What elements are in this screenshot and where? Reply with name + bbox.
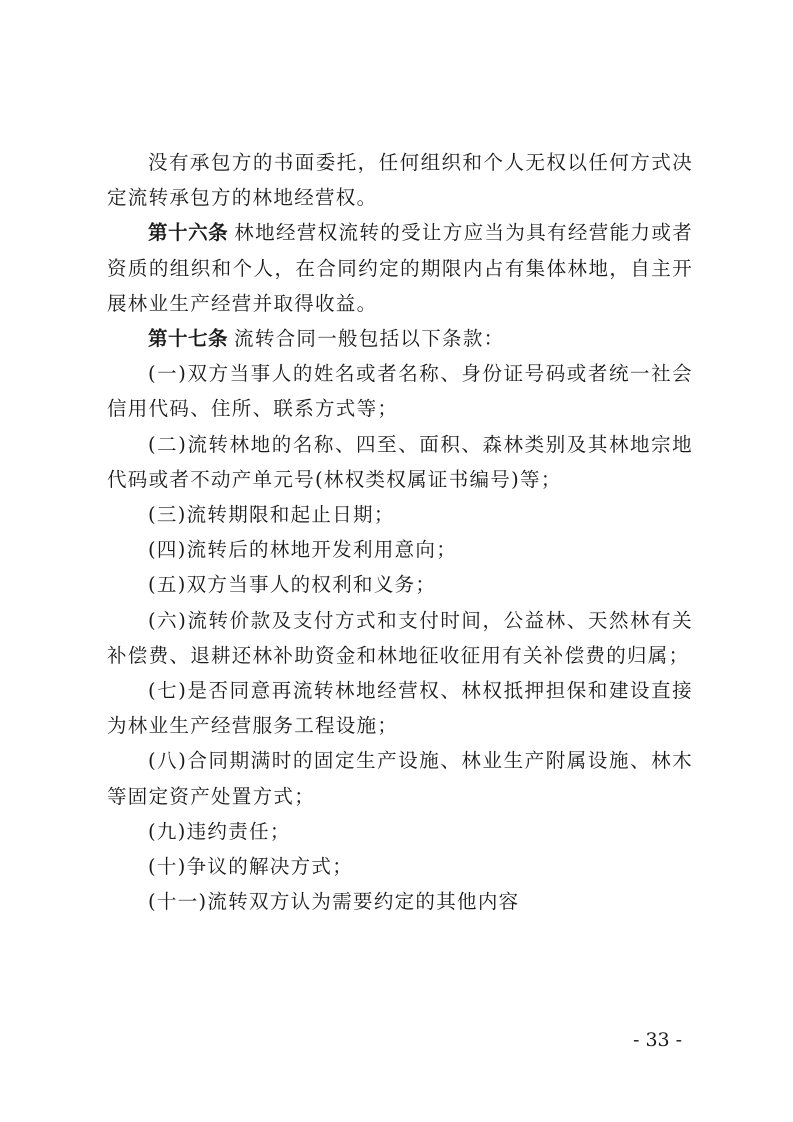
paragraph-continuation: 没有承包方的书面委托，任何组织和个人无权以任何方式决定流转承包方的林地经营权。 [107, 145, 693, 215]
article-16: 第十六条林地经营权流转的受让方应当为具有经营能力或者资质的组织和个人，在合同约定… [107, 215, 693, 321]
clause-text: (六)流转价款及支付方式和支付时间，公益林、天然林有关补偿费、退耕还林补助资金和… [107, 609, 693, 667]
clause-item-5: (五)双方当事人的权利和义务； [107, 567, 693, 602]
page-number: - 33 - [633, 1029, 682, 1051]
article-heading: 第十六条 [148, 221, 228, 244]
clause-text: (九)违约责任； [148, 820, 291, 843]
clause-item-2: (二)流转林地的名称、四至、面积、森林类别及其林地宗地代码或者不动产单元号(林权… [107, 427, 693, 497]
clause-text: (十)争议的解决方式； [148, 855, 353, 878]
clause-text: (四)流转后的林地开发利用意向； [148, 538, 457, 561]
paragraph-text: 没有承包方的书面委托，任何组织和个人无权以任何方式决定流转承包方的林地经营权。 [107, 151, 693, 209]
clause-text: (五)双方当事人的权利和义务； [148, 573, 436, 596]
clause-text: (二)流转林地的名称、四至、面积、森林类别及其林地宗地代码或者不动产单元号(林权… [107, 433, 693, 491]
document-page: 没有承包方的书面委托，任何组织和个人无权以任何方式决定流转承包方的林地经营权。 … [0, 0, 793, 1122]
article-heading: 第十七条 [148, 327, 228, 350]
article-17: 第十七条流转合同一般包括以下条款： [107, 321, 693, 356]
clause-item-4: (四)流转后的林地开发利用意向； [107, 532, 693, 567]
clause-text: (三)流转期限和起止日期； [148, 503, 395, 526]
clause-item-9: (九)违约责任； [107, 814, 693, 849]
clause-item-8: (八)合同期满时的固定生产设施、林业生产附属设施、林木等固定资产处置方式； [107, 743, 693, 813]
clause-item-7: (七)是否同意再流转林地经营权、林权抵押担保和建设直接为林业生产经营服务工程设施… [107, 673, 693, 743]
clause-text: (一)双方当事人的姓名或者名称、身份证号码或者统一社会信用代码、住所、联系方式等… [107, 362, 693, 420]
article-text: 流转合同一般包括以下条款： [234, 327, 504, 350]
clause-item-1: (一)双方当事人的姓名或者名称、身份证号码或者统一社会信用代码、住所、联系方式等… [107, 356, 693, 426]
clause-text: (八)合同期满时的固定生产设施、林业生产附属设施、林木等固定资产处置方式； [107, 749, 693, 807]
clause-text: (十一)流转双方认为需要约定的其他内容 [148, 890, 519, 913]
document-body: 没有承包方的书面委托，任何组织和个人无权以任何方式决定流转承包方的林地经营权。 … [107, 145, 693, 919]
clause-text: (七)是否同意再流转林地经营权、林权抵押担保和建设直接为林业生产经营服务工程设施… [107, 679, 693, 737]
clause-item-10: (十)争议的解决方式； [107, 849, 693, 884]
clause-item-3: (三)流转期限和起止日期； [107, 497, 693, 532]
clause-item-6: (六)流转价款及支付方式和支付时间，公益林、天然林有关补偿费、退耕还林补助资金和… [107, 603, 693, 673]
clause-item-11: (十一)流转双方认为需要约定的其他内容 [107, 884, 693, 919]
